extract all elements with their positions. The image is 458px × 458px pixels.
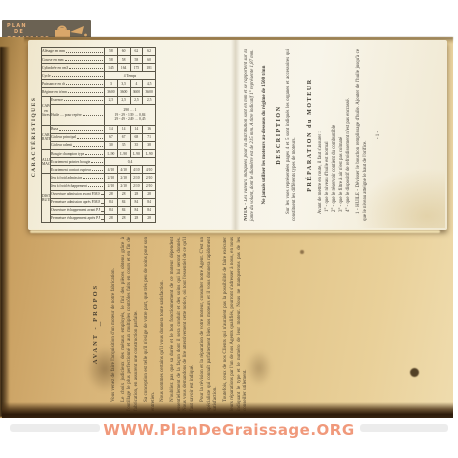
- avant-propos-paragraphs: Vous venez de faire l'acquisition d'un m…: [110, 237, 249, 411]
- ink-spot: [410, 368, 419, 377]
- row-value: 67: [117, 133, 130, 141]
- row-value: 30: [105, 142, 118, 150]
- group-label: ALLU-MAGE: [42, 150, 51, 174]
- row-value: 71: [143, 133, 156, 141]
- row-value: 2/10: [130, 182, 143, 190]
- row-value: 4/10: [130, 166, 143, 174]
- preparation-item: 1° - que le niveau d'huile est normal: [324, 49, 331, 212]
- row-value: 28: [117, 214, 130, 222]
- table-row: CARBU-RATEURBuse14141416: [42, 125, 156, 133]
- row-value: 28: [130, 214, 143, 222]
- characteristics-table-wrap: Alésage en mm58606262Course en mm5858586…: [41, 47, 155, 223]
- row-value: 2/10: [117, 182, 130, 190]
- row-label: Puissance en ch: [42, 80, 105, 88]
- row-label: Ouverture échappement avant P.M.B.: [51, 206, 105, 214]
- description-paragraph: Sur les vues représentées pages 4 et 5 s…: [286, 49, 299, 221]
- row-merged-value: 0,4: [105, 158, 156, 166]
- row-value: 3600: [117, 88, 130, 96]
- paragraph: Le choix judicieux des métaux employés, …: [120, 237, 140, 411]
- group-label: CARBU-RATEUR: [42, 125, 51, 149]
- row-value: 58: [105, 48, 118, 56]
- row-value: 84: [143, 206, 156, 214]
- preparation-list: 1° - que le niveau d'huile est normal2° …: [324, 49, 352, 221]
- table-row: Régime en tr/mn3600360036003600: [42, 88, 156, 96]
- preparation-intro: Avant de mettre en route, il faut s'assu…: [318, 49, 323, 221]
- row-value: 14: [117, 125, 130, 133]
- row-value: 84: [130, 206, 143, 214]
- row-value: 4/10: [105, 166, 118, 174]
- table-row: Huile .... pour repère290 … 119 - 29 - 1…: [42, 104, 156, 125]
- row-label: Fermeture admission après P.M.B.: [51, 198, 105, 206]
- row-merged-value: 4 Temps: [105, 72, 156, 80]
- row-value: 28: [130, 190, 143, 198]
- photo-bottom-edge: [2, 402, 453, 418]
- row-label: Gicleur ralenti: [51, 142, 105, 150]
- row-value: 3600: [130, 88, 143, 96]
- table-row: Gicleur principal67676871: [42, 133, 156, 141]
- row-value: 2,5: [117, 96, 130, 104]
- preparation-heading: PRÉPARATION du MOTEUR: [307, 49, 313, 221]
- preparation-item: 2° - que le réservoir contient du combus…: [331, 49, 338, 212]
- row-label: Bougie champion type: [51, 150, 105, 158]
- row-value: 84: [143, 198, 156, 206]
- row-label: Gicleur principal: [51, 133, 105, 141]
- row-value: L.90: [143, 150, 156, 158]
- row-label: Jeu à froid admission: [51, 174, 105, 182]
- table-row: Cycle4 Temps: [42, 72, 156, 80]
- row-label: Ouverture admission avant P.M.H.: [51, 190, 105, 198]
- row-value: 68: [130, 133, 143, 141]
- nota-label: NOTA.: [244, 206, 249, 221]
- row-value: 28: [105, 190, 118, 198]
- row-value: L.90: [117, 150, 130, 158]
- table-row: Puissance en ch33,544,5: [42, 80, 156, 88]
- huile-paragraph: 1 - HUILE - Dévisser le bouchon rempliss…: [356, 49, 369, 221]
- table-row: Cylindrée en cm3145164175181: [42, 64, 156, 72]
- row-value: 38: [143, 142, 156, 150]
- rpm-warning: Ne jamais utiliser les moteurs au-dessou…: [262, 55, 268, 215]
- row-value: 2,5: [143, 96, 156, 104]
- row-value: 28: [143, 190, 156, 198]
- row-value: 67: [105, 133, 118, 141]
- table-row: ALLU-MAGEBougie champion typeL.90L.90L.9…: [42, 150, 156, 158]
- row-value: 181: [143, 64, 156, 72]
- row-label: Cylindrée en cm3: [42, 64, 105, 72]
- page-text-column: NOTA. - Les valeurs indiquées pour la di…: [240, 46, 446, 224]
- row-label: Écartement contact rupteur: [51, 166, 105, 174]
- characteristics-sheet: CARACTÉRISTIQUES Alésage en mm58606262Co…: [28, 40, 447, 230]
- row-value: 2/10: [143, 174, 156, 182]
- table-row: Jeu à froid échappement2/102/102/102/10: [42, 182, 156, 190]
- row-value: 60: [143, 56, 156, 64]
- paragraph: Nous sommes certains qu'il vous donnera …: [159, 237, 166, 411]
- row-value: 2/10: [117, 174, 130, 182]
- row-value: 84: [130, 198, 143, 206]
- table-row: Écartement pointes bougie0,4: [42, 158, 156, 166]
- row-value: 2/10: [105, 182, 118, 190]
- nota-text: - Les valeurs indiquées pour la distribu…: [244, 49, 255, 221]
- paragraph: Sa conception est telle qu'il n'exige de…: [143, 237, 156, 411]
- description-heading: DESCRIPTION: [276, 49, 282, 221]
- row-value: 84: [117, 206, 130, 214]
- page-number: - 1 -: [376, 49, 381, 221]
- table-row: Écartement contact rupteur4/104/104/104/…: [42, 166, 156, 174]
- row-value: 2/10: [143, 182, 156, 190]
- row-value: 62: [143, 48, 156, 56]
- row-label: Jeu à froid échappement: [51, 182, 105, 190]
- row-value: 4,5: [143, 80, 156, 88]
- row-label: Cycle: [42, 72, 105, 80]
- row-label: Huile .... pour repère: [51, 104, 105, 125]
- table-row: DISTRI-BUTIONJeu à froid admission2/102/…: [42, 174, 156, 182]
- row-value: 175: [130, 64, 143, 72]
- group-label: DISTRI-BUTION: [42, 174, 51, 223]
- row-value: 84: [117, 198, 130, 206]
- row-value: 28: [117, 190, 130, 198]
- row-value: L.90: [130, 150, 143, 158]
- row-value: 62: [130, 48, 143, 56]
- paragraph: Toutefois, ceux de nos Clients qui n'aur…: [222, 237, 249, 411]
- characteristics-table: Alésage en mm58606262Course en mm5858586…: [41, 47, 156, 223]
- group-label: CAPACITÉSenlitres: [42, 96, 51, 125]
- row-value: 58: [105, 56, 118, 64]
- row-label: Fermeture échappement après P.M.H.: [51, 214, 105, 222]
- row-value: 35: [130, 142, 143, 150]
- paragraph: N'oubliez pas que sa durée et le bon fon…: [169, 237, 196, 411]
- ink-smudge: [86, 346, 124, 392]
- row-value: 14: [130, 125, 143, 133]
- row-value: 60: [117, 48, 130, 56]
- scanned-booklet-photo: CARACTÉRISTIQUES Alésage en mm58606262Co…: [0, 37, 453, 418]
- row-value: 4/10: [117, 166, 130, 174]
- table-row: Course en mm58585860: [42, 56, 156, 64]
- avant-propos-page: AVANT - PROPOS ⁓ Vous venez de faire l'a…: [10, 232, 450, 416]
- row-value: 14: [105, 125, 118, 133]
- row-label: Course en mm: [42, 56, 105, 64]
- row-value: 3,5: [117, 80, 130, 88]
- row-value: 35: [117, 142, 130, 150]
- row-value: 84: [105, 198, 118, 206]
- row-value: 2,5: [130, 96, 143, 104]
- row-value: 2,5: [105, 96, 118, 104]
- row-value: 2/10: [130, 174, 143, 182]
- table-row: Fermeture admission après P.M.B.84848484: [42, 198, 156, 206]
- row-label: Essence: [51, 96, 105, 104]
- row-label: Alésage en mm: [42, 48, 105, 56]
- nota-paragraph: NOTA. - Les valeurs indiquées pour la di…: [244, 49, 257, 221]
- characteristics-table-body: Alésage en mm58606262Course en mm5858586…: [42, 48, 156, 223]
- photo-left-edge: [0, 47, 10, 417]
- preparation-item: 3° - que le filtre à air n'est pas colma…: [338, 49, 345, 212]
- row-value: 84: [105, 206, 118, 214]
- row-value: 3: [105, 80, 118, 88]
- page-crease: [231, 40, 240, 230]
- row-value: 2/10: [105, 174, 118, 182]
- table-row: Gicleur ralenti30353538: [42, 142, 156, 150]
- row-value: 16: [143, 125, 156, 133]
- paragraph: Pour la révision et la réparation de vot…: [199, 237, 219, 411]
- table-row: Ouverture échappement avant P.M.B.848484…: [42, 206, 156, 214]
- row-value: 58: [117, 56, 130, 64]
- row-value: L.90: [105, 150, 118, 158]
- screenshot-root: PLAN DE GRAISSAGE CARACTÉRISTIQUES: [0, 0, 458, 458]
- ink-spot: [300, 250, 304, 254]
- row-label: Écartement pointes bougie: [51, 158, 105, 166]
- row-value: 28: [105, 214, 118, 222]
- row-value: 58: [130, 56, 143, 64]
- ink-smudge: [246, 350, 272, 386]
- row-label: Régime en tr/mn: [42, 88, 105, 96]
- table-row: Alésage en mm58606262: [42, 48, 156, 56]
- row-value: 4/10: [143, 166, 156, 174]
- row-subvalues: 290 … 119 - 29 - 139 … 0,8429 - 49 - 249…: [105, 104, 156, 125]
- row-value: 145: [105, 64, 118, 72]
- row-value: 3600: [105, 88, 118, 96]
- row-value: 164: [117, 64, 130, 72]
- table-row: CAPACITÉSenlitresEssence2,52,52,52,5: [42, 96, 156, 104]
- preparation-item: 4° - que le dispositif de refroidissemen…: [345, 49, 352, 212]
- table-row: Ouverture admission avant P.M.H.28282828: [42, 190, 156, 198]
- watermark-text: WWW.PlanDeGraissage.ORG: [0, 421, 458, 439]
- page-title: CARACTÉRISTIQUES: [31, 86, 41, 188]
- row-value: 4: [130, 80, 143, 88]
- row-label: Buse: [51, 125, 105, 133]
- table-row: Fermeture échappement après P.M.H.282828…: [42, 214, 156, 222]
- row-value: 3600: [143, 88, 156, 96]
- row-value: 28: [143, 214, 156, 222]
